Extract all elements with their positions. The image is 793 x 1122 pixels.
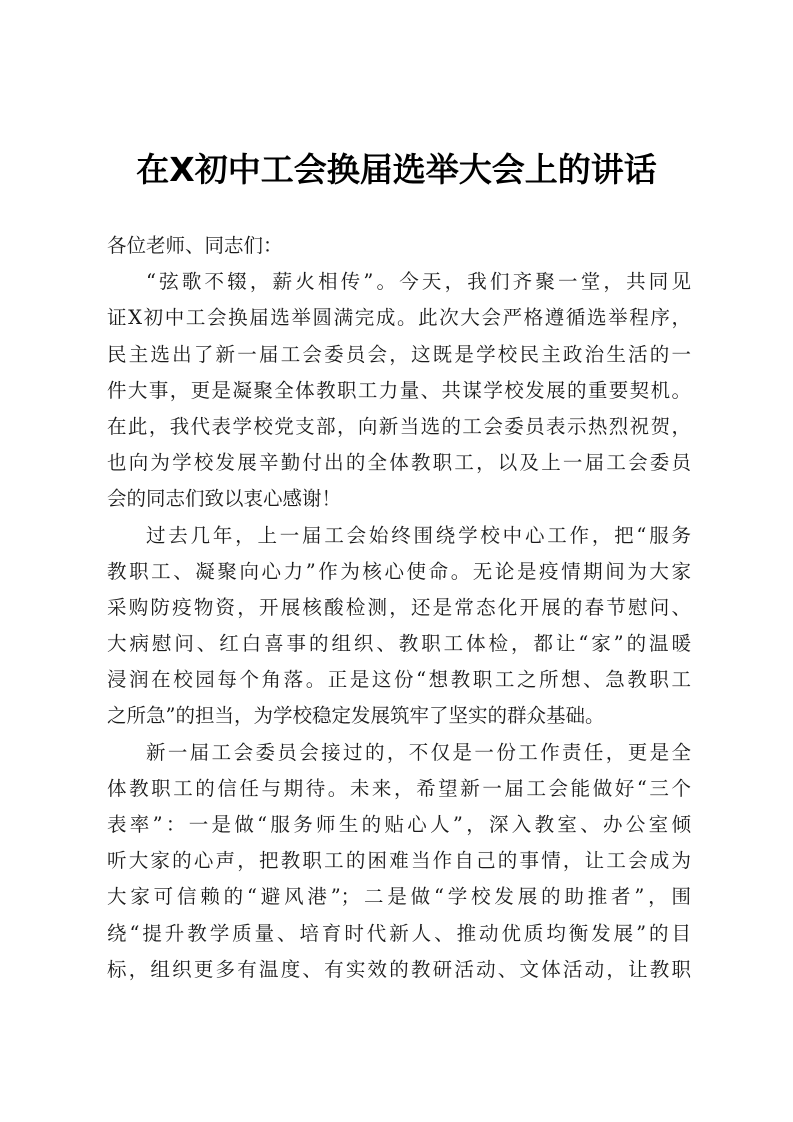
- paragraph-line: 在此，我代表学校党支部，向新当选的工会委员表示热烈祝贺，: [107, 409, 691, 445]
- paragraph-line: 听大家的心声，把教职工的困难当作自己的事情，让工会成为: [107, 843, 691, 879]
- paragraph-line: 新一届工会委员会接过的，不仅是一份工作责任，更是全: [107, 735, 691, 771]
- paragraph-line: 绕“提升教学质量、培育时代新人、推动优质均衡发展”的目: [107, 916, 691, 952]
- paragraph-line: 体教职工的信任与期待。未来，希望新一届工会能做好“三个: [107, 771, 691, 807]
- paragraph-3: 新一届工会委员会接过的，不仅是一份工作责任，更是全 体教职工的信任与期待。未来，…: [107, 735, 691, 988]
- salutation: 各位老师、同志们：: [107, 228, 691, 264]
- paragraph-line: 表率”：一是做“服务师生的贴心人”，深入教室、办公室倾: [107, 807, 691, 843]
- paragraph-line: 采购防疫物资，开展核酸检测，还是常态化开展的春节慰问、: [107, 590, 691, 626]
- paragraph-line: 大家可信赖的“避风港”；二是做“学校发展的助推者”，围: [107, 879, 691, 915]
- paragraph-line: 民主选出了新一届工会委员会，这既是学校民主政治生活的一: [107, 337, 691, 373]
- paragraph-line: “弦歌不辍，薪火相传”。今天，我们齐聚一堂，共同见: [107, 264, 691, 300]
- paragraph-line: 教职工、凝聚向心力”作为核心使命。无论是疫情期间为大家: [107, 554, 691, 590]
- paragraph-line: 件大事，更是凝聚全体教职工力量、共谋学校发展的重要契机。: [107, 373, 691, 409]
- paragraph-line: 浸润在校园每个角落。正是这份“想教职工之所想、急教职工: [107, 662, 691, 698]
- paragraph-line: 会的同志们致以衷心感谢！: [107, 481, 691, 517]
- document-title: 在X初中工会换届选举大会上的讲话: [0, 146, 793, 194]
- paragraph-line: 也向为学校发展辛勤付出的全体教职工，以及上一届工会委员: [107, 445, 691, 481]
- document-body: 各位老师、同志们： “弦歌不辍，薪火相传”。今天，我们齐聚一堂，共同见 证X初中…: [107, 228, 691, 988]
- paragraph-2: 过去几年，上一届工会始终围绕学校中心工作，把“服务 教职工、凝聚向心力”作为核心…: [107, 518, 691, 735]
- paragraph-1: “弦歌不辍，薪火相传”。今天，我们齐聚一堂，共同见 证X初中工会换届选举圆满完成…: [107, 264, 691, 517]
- paragraph-line: 大病慰问、红白喜事的组织、教职工体检，都让“家”的温暖: [107, 626, 691, 662]
- paragraph-line: 证X初中工会换届选举圆满完成。此次大会严格遵循选举程序，: [107, 300, 691, 336]
- document-page: 在X初中工会换届选举大会上的讲话 各位老师、同志们： “弦歌不辍，薪火相传”。今…: [0, 0, 793, 1122]
- paragraph-line: 之所急”的担当，为学校稳定发展筑牢了坚实的群众基础。: [107, 698, 691, 734]
- paragraph-line: 过去几年，上一届工会始终围绕学校中心工作，把“服务: [107, 518, 691, 554]
- paragraph-line: 标，组织更多有温度、有实效的教研活动、文体活动，让教职: [107, 952, 691, 988]
